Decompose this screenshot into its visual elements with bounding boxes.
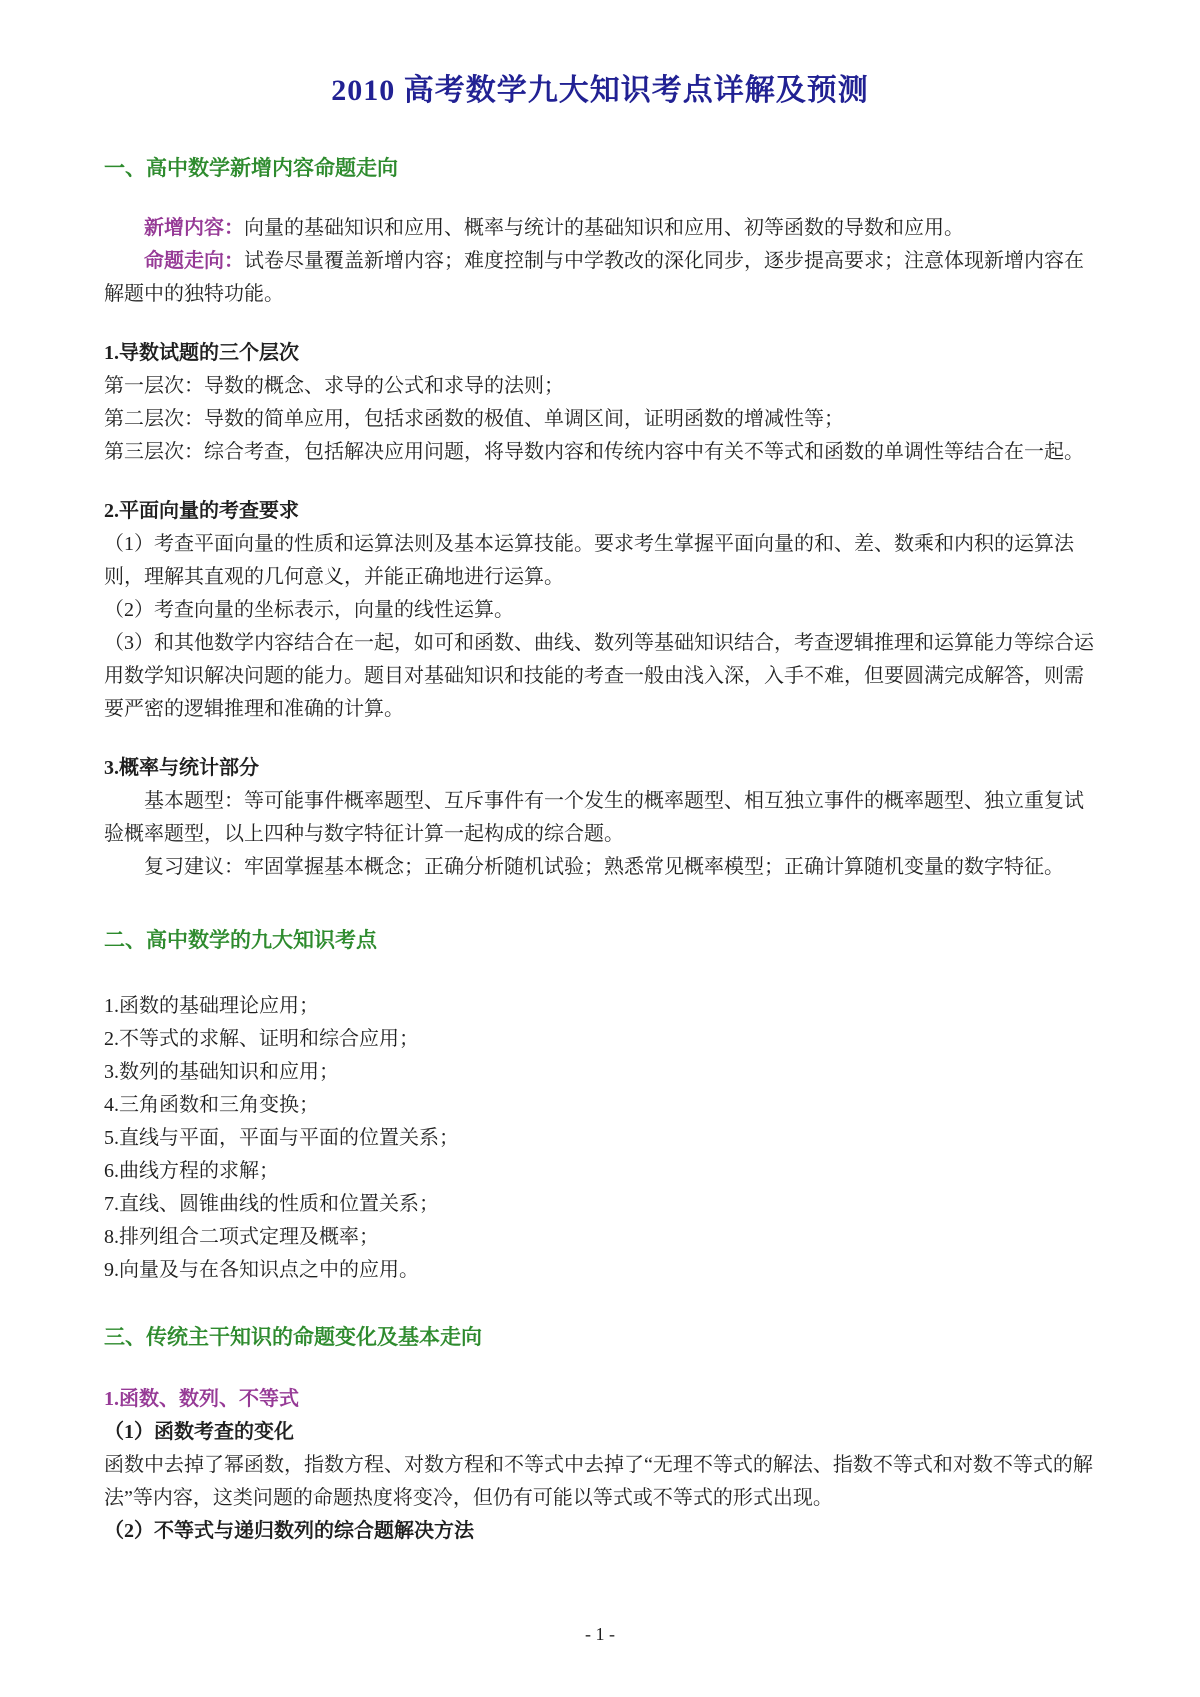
section-one-heading: 一、高中数学新增内容命题走向 <box>104 154 1096 182</box>
new-content-text: 向量的基础知识和应用、概率与统计的基础知识和应用、初等函数的导数和应用。 <box>244 217 964 239</box>
document-content: 2010 高考数学九大知识考点详解及预测 一、高中数学新增内容命题走向 新增内容… <box>0 0 1200 1548</box>
subsection-vector-heading: 2.平面向量的考查要求 <box>104 495 1096 528</box>
knowledge-point-item: 1.函数的基础理论应用； <box>104 990 1096 1023</box>
knowledge-point-item: 3.数列的基础知识和应用； <box>104 1056 1096 1089</box>
section-two-heading: 二、高中数学的九大知识考点 <box>104 926 1096 954</box>
knowledge-point-item: 6.曲线方程的求解； <box>104 1155 1096 1188</box>
paragraph-vector-point-2: （2）考查向量的坐标表示，向量的线性运算。 <box>104 594 1096 627</box>
trend-label: 命题走向： <box>144 250 244 272</box>
paragraph-derivative-level-1: 第一层次：导数的概念、求导的公式和求导的法则； <box>104 370 1096 403</box>
knowledge-point-item: 9.向量及与在各知识点之中的应用。 <box>104 1254 1096 1287</box>
knowledge-point-item: 2.不等式的求解、证明和综合应用； <box>104 1023 1096 1056</box>
section-three-heading: 三、传统主干知识的命题变化及基本走向 <box>104 1323 1096 1351</box>
paragraph-vector-point-1: （1）考查平面向量的性质和运算法则及基本运算技能。要求考生掌握平面向量的和、差、… <box>104 528 1096 594</box>
knowledge-point-item: 8.排列组合二项式定理及概率； <box>104 1221 1096 1254</box>
new-content-label: 新增内容： <box>144 217 244 239</box>
paragraph-derivative-level-2: 第二层次：导数的简单应用，包括求函数的极值、单调区间，证明函数的增减性等； <box>104 403 1096 436</box>
paragraph-new-content: 新增内容：向量的基础知识和应用、概率与统计的基础知识和应用、初等函数的导数和应用… <box>104 212 1096 245</box>
paragraph-probability-advice: 复习建议：牢固掌握基本概念；正确分析随机试验；熟悉常见概率模型；正确计算随机变量… <box>104 851 1096 884</box>
knowledge-point-item: 5.直线与平面，平面与平面的位置关系； <box>104 1122 1096 1155</box>
knowledge-point-item: 4.三角函数和三角变换； <box>104 1089 1096 1122</box>
trend-text: 试卷尽量覆盖新增内容；难度控制与中学教改的深化同步，逐步提高要求；注意体现新增内… <box>104 250 1084 305</box>
subsection-func-seq-ineq-heading: 1.函数、数列、不等式 <box>104 1383 1096 1416</box>
point-function-change-heading: （1）函数考查的变化 <box>104 1416 1096 1449</box>
paragraph-trend: 命题走向：试卷尽量覆盖新增内容；难度控制与中学教改的深化同步，逐步提高要求；注意… <box>104 245 1096 311</box>
knowledge-point-item: 7.直线、圆锥曲线的性质和位置关系； <box>104 1188 1096 1221</box>
paragraph-derivative-level-3: 第三层次：综合考查，包括解决应用问题，将导数内容和传统内容中有关不等式和函数的单… <box>104 436 1096 469</box>
paragraph-probability-types: 基本题型：等可能事件概率题型、互斥事件有一个发生的概率题型、相互独立事件的概率题… <box>104 785 1096 851</box>
page-number: - 1 - <box>0 1624 1200 1645</box>
subsection-derivative-heading: 1.导数试题的三个层次 <box>104 337 1096 370</box>
subsection-probability-heading: 3.概率与统计部分 <box>104 752 1096 785</box>
paragraph-function-change-text: 函数中去掉了幂函数，指数方程、对数方程和不等式中去掉了“无理不等式的解法、指数不… <box>104 1449 1096 1515</box>
point-inequality-sequence-heading: （2）不等式与递归数列的综合题解决方法 <box>104 1515 1096 1548</box>
document-title: 2010 高考数学九大知识考点详解及预测 <box>104 72 1096 110</box>
paragraph-vector-point-3: （3）和其他数学内容结合在一起，如可和函数、曲线、数列等基础知识结合，考查逻辑推… <box>104 627 1096 726</box>
document-page: 2010 高考数学九大知识考点详解及预测 一、高中数学新增内容命题走向 新增内容… <box>0 0 1200 1697</box>
